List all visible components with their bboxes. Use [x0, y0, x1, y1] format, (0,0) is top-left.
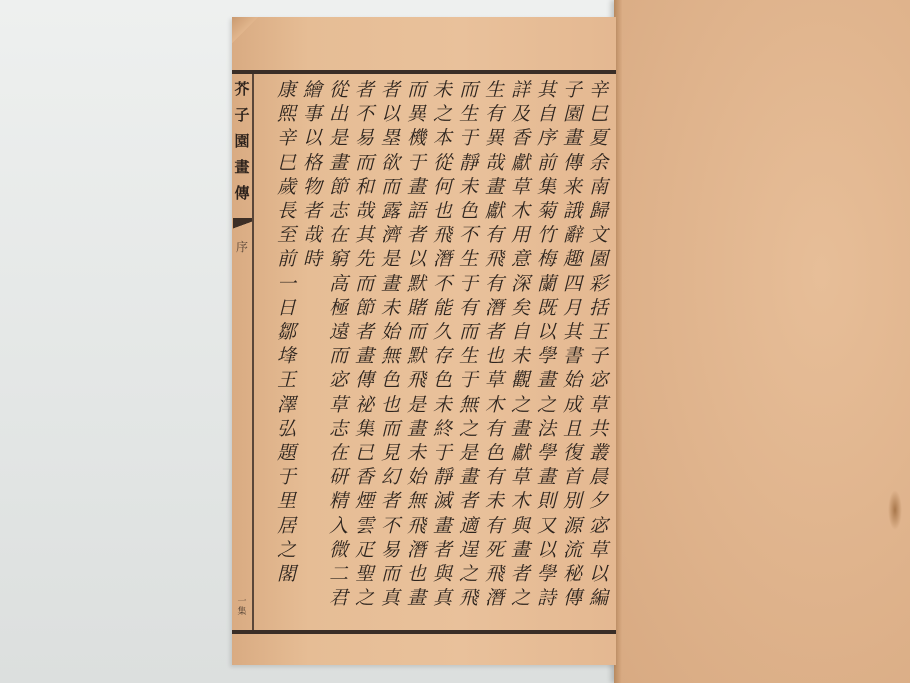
text-glyph: 夏 [589, 126, 608, 150]
text-glyph: 前 [537, 151, 556, 175]
text-glyph: 是 [407, 393, 426, 417]
margin-title-char: 子 [234, 102, 249, 128]
margin-title-char: 傳 [234, 180, 249, 206]
text-glyph: 極 [329, 296, 348, 320]
text-glyph: 和 [355, 175, 374, 199]
text-column: 而異機于畫語者以默賭而默飛是畫未始無飛潛也畫 [405, 78, 428, 626]
text-glyph: 能 [433, 296, 452, 320]
text-glyph: 畫 [329, 151, 348, 175]
text-glyph: 于 [407, 151, 426, 175]
text-glyph: 矣 [511, 296, 530, 320]
paper-stain [888, 490, 902, 530]
text-glyph: 畫 [381, 272, 400, 296]
text-glyph: 繪 [303, 78, 322, 102]
text-glyph: 歲 [277, 175, 296, 199]
text-glyph: 何 [433, 175, 452, 199]
text-glyph: 晨 [589, 465, 608, 489]
text-glyph: 以 [537, 320, 556, 344]
text-glyph: 始 [563, 368, 582, 392]
text-glyph: 飛 [407, 368, 426, 392]
text-glyph: 宓 [329, 368, 348, 392]
text-glyph: 畫 [459, 465, 478, 489]
text-glyph: 誐 [563, 199, 582, 223]
text-glyph: 木 [511, 489, 530, 513]
text-glyph: 香 [511, 126, 530, 150]
text-glyph: 集 [537, 175, 556, 199]
volume-label: 一集 [234, 597, 250, 617]
text-glyph: 辛 [589, 78, 608, 102]
text-glyph: 幻 [381, 465, 400, 489]
text-glyph: 菊 [537, 199, 556, 223]
text-glyph: 而 [355, 151, 374, 175]
text-glyph: 時 [303, 247, 322, 271]
text-glyph: 學 [537, 344, 556, 368]
text-glyph: 濟 [381, 223, 400, 247]
text-glyph: 哉 [355, 199, 374, 223]
text-glyph: 學 [537, 562, 556, 586]
text-glyph: 易 [381, 538, 400, 562]
text-glyph: 至 [277, 223, 296, 247]
text-glyph: 四 [563, 272, 582, 296]
text-glyph: 草 [485, 368, 504, 392]
text-glyph: 之 [511, 393, 530, 417]
text-glyph: 是 [329, 126, 348, 150]
frame-top-border [232, 70, 616, 74]
margin-title-char: 芥 [234, 76, 249, 102]
text-column: 而生于靜未色不生于有而生于無之是畫者適逞之飛 [457, 78, 480, 626]
text-glyph: 澤 [277, 393, 296, 417]
text-glyph: 易 [355, 126, 374, 150]
text-glyph: 之 [511, 586, 530, 610]
text-glyph: 月 [563, 296, 582, 320]
text-glyph: 而 [459, 78, 478, 102]
text-glyph: 熙 [277, 102, 296, 126]
text-glyph: 閣 [277, 562, 296, 586]
text-glyph: 遠 [329, 320, 348, 344]
text-glyph: 始 [407, 465, 426, 489]
text-glyph: 則 [537, 489, 556, 513]
text-glyph: 雲 [355, 514, 374, 538]
text-glyph: 康 [277, 78, 296, 102]
text-glyph: 畫 [355, 344, 374, 368]
text-glyph: 不 [459, 223, 478, 247]
text-glyph: 南 [589, 175, 608, 199]
text-glyph: 入 [329, 514, 348, 538]
text-glyph: 居 [277, 514, 296, 538]
text-glyph: 用 [511, 223, 530, 247]
text-glyph: 畫 [511, 417, 530, 441]
book-title-margin: 芥 子 園 畫 傳 [233, 76, 251, 216]
text-glyph: 未 [381, 296, 400, 320]
text-glyph: 先 [355, 247, 374, 271]
text-glyph: 畫 [537, 368, 556, 392]
text-glyph: 既 [537, 296, 556, 320]
text-glyph: 畫 [407, 175, 426, 199]
text-glyph: 飛 [485, 562, 504, 586]
text-glyph: 以 [381, 102, 400, 126]
margin-title-char: 園 [234, 128, 249, 154]
text-glyph: 題 [277, 441, 296, 465]
text-glyph: 與 [433, 562, 452, 586]
text-glyph: 宓 [589, 368, 608, 392]
text-glyph: 夕 [589, 489, 608, 513]
text-glyph: 觀 [511, 368, 530, 392]
page-corner-fold [232, 17, 258, 43]
text-glyph: 王 [277, 368, 296, 392]
right-page-blank [614, 0, 910, 683]
text-glyph: 其 [355, 223, 374, 247]
text-glyph: 學 [537, 441, 556, 465]
text-glyph: 生 [459, 344, 478, 368]
text-glyph: 日 [277, 296, 296, 320]
text-glyph: 畫 [537, 465, 556, 489]
text-glyph: 獻 [511, 441, 530, 465]
text-glyph: 于 [459, 368, 478, 392]
text-glyph: 事 [303, 102, 322, 126]
text-glyph: 生 [459, 102, 478, 126]
text-glyph: 之 [537, 393, 556, 417]
text-glyph: 語 [407, 199, 426, 223]
text-glyph: 有 [485, 272, 504, 296]
text-glyph: 未 [407, 441, 426, 465]
text-glyph: 從 [329, 78, 348, 102]
text-glyph: 色 [433, 368, 452, 392]
text-glyph: 長 [277, 199, 296, 223]
text-glyph: 園 [589, 247, 608, 271]
text-column: 從出是畫節志在窮高極遠而宓草志在研精入微二君 [327, 78, 350, 626]
text-glyph: 埄 [277, 344, 296, 368]
text-glyph: 潛 [485, 586, 504, 610]
text-glyph: 自 [511, 320, 530, 344]
text-glyph: 與 [511, 514, 530, 538]
text-glyph: 疋 [355, 538, 374, 562]
text-glyph: 有 [485, 223, 504, 247]
text-glyph: 流 [563, 538, 582, 562]
text-glyph: 真 [381, 586, 400, 610]
text-glyph: 異 [407, 102, 426, 126]
text-glyph: 無 [459, 393, 478, 417]
text-glyph: 未 [433, 393, 452, 417]
text-glyph: 出 [329, 102, 348, 126]
text-glyph: 節 [329, 175, 348, 199]
text-glyph: 潛 [485, 296, 504, 320]
text-column: 者不易而和哉其先而節者畫傳祕集已香煙雲疋聖之 [353, 78, 376, 626]
text-glyph: 以 [407, 247, 426, 271]
text-glyph: 有 [485, 417, 504, 441]
text-column: 康熙辛巳歲長至前一日鄒埄王澤弘題于里居之閣 [275, 78, 298, 626]
text-glyph: 又 [537, 514, 556, 538]
text-glyph: 書 [563, 344, 582, 368]
text-glyph: 趣 [563, 247, 582, 271]
text-glyph: 生 [485, 78, 504, 102]
text-glyph: 飛 [459, 586, 478, 610]
text-glyph: 鄒 [277, 320, 296, 344]
text-glyph: 而 [381, 175, 400, 199]
text-glyph: 有 [485, 102, 504, 126]
text-glyph: 研 [329, 465, 348, 489]
text-glyph: 法 [537, 417, 556, 441]
text-glyph: 本 [433, 126, 452, 150]
text-glyph: 逞 [459, 538, 478, 562]
text-glyph: 巳 [277, 151, 296, 175]
text-glyph: 木 [485, 393, 504, 417]
text-glyph: 以 [589, 562, 608, 586]
text-glyph: 草 [589, 538, 608, 562]
text-glyph: 精 [329, 489, 348, 513]
text-glyph: 蘭 [537, 272, 556, 296]
text-glyph: 哉 [485, 151, 504, 175]
text-glyph: 者 [303, 199, 322, 223]
text-glyph: 終 [433, 417, 452, 441]
text-glyph: 欲 [381, 151, 400, 175]
text-column: 繪事以格物者哉時 [301, 78, 324, 626]
text-glyph: 物 [303, 175, 322, 199]
text-glyph: 者 [355, 78, 374, 102]
text-glyph: 也 [485, 344, 504, 368]
text-glyph: 而 [459, 320, 478, 344]
text-glyph: 獻 [485, 199, 504, 223]
text-glyph: 文 [589, 223, 608, 247]
text-glyph: 潛 [433, 247, 452, 271]
text-glyph: 靜 [433, 465, 452, 489]
text-glyph: 露 [381, 199, 400, 223]
text-glyph: 王 [589, 320, 608, 344]
text-glyph: 靜 [459, 151, 478, 175]
text-glyph: 默 [407, 344, 426, 368]
text-glyph: 窮 [329, 247, 348, 271]
section-label: 序 [234, 238, 250, 255]
text-glyph: 哉 [303, 223, 322, 247]
text-glyph: 飛 [485, 247, 504, 271]
text-glyph: 存 [433, 344, 452, 368]
text-glyph: 死 [485, 538, 504, 562]
text-glyph: 巳 [589, 102, 608, 126]
text-glyph: 是 [381, 247, 400, 271]
text-glyph: 成 [563, 393, 582, 417]
text-glyph: 者 [511, 562, 530, 586]
text-glyph: 于 [433, 441, 452, 465]
text-glyph: 生 [459, 247, 478, 271]
text-glyph: 園 [563, 102, 582, 126]
text-glyph: 于 [459, 272, 478, 296]
text-glyph: 獻 [511, 151, 530, 175]
text-glyph: 香 [355, 465, 374, 489]
text-glyph: 見 [381, 441, 400, 465]
text-glyph: 畫 [563, 126, 582, 150]
text-glyph: 草 [589, 393, 608, 417]
text-glyph: 未 [485, 489, 504, 513]
text-glyph: 草 [511, 175, 530, 199]
text-glyph: 有 [485, 465, 504, 489]
text-column: 者以塁欲而露濟是畫未始無色也而見幻者不易而真 [379, 78, 402, 626]
text-glyph: 未 [433, 78, 452, 102]
text-glyph: 已 [355, 441, 374, 465]
text-glyph: 者 [355, 320, 374, 344]
text-column: 子園畫傳来誐辭趣四月其書始成且復首別源流秘傳 [561, 78, 584, 626]
text-glyph: 從 [433, 151, 452, 175]
text-glyph: 里 [277, 489, 296, 513]
text-glyph: 志 [329, 417, 348, 441]
text-glyph: 復 [563, 441, 582, 465]
text-glyph: 色 [459, 199, 478, 223]
text-glyph: 詳 [511, 78, 530, 102]
text-glyph: 辛 [277, 126, 296, 150]
text-glyph: 編 [589, 586, 608, 610]
text-glyph: 有 [485, 514, 504, 538]
text-glyph: 詩 [537, 586, 556, 610]
text-glyph: 其 [563, 320, 582, 344]
text-glyph: 歸 [589, 199, 608, 223]
text-glyph: 之 [355, 586, 374, 610]
text-glyph: 適 [459, 514, 478, 538]
text-glyph: 意 [511, 247, 530, 271]
preface-text-columns: 辛巳夏余南歸文園彩括王子宓草共叢晨夕宓草以編 子園畫傳来誐辭趣四月其書始成且復首… [270, 78, 610, 626]
text-glyph: 飛 [407, 514, 426, 538]
text-glyph: 而 [407, 320, 426, 344]
text-glyph: 前 [277, 247, 296, 271]
text-glyph: 于 [459, 126, 478, 150]
text-glyph: 始 [381, 320, 400, 344]
text-glyph: 塁 [381, 126, 400, 150]
text-glyph: 也 [407, 562, 426, 586]
text-glyph: 于 [277, 465, 296, 489]
text-glyph: 自 [537, 102, 556, 126]
text-glyph: 弘 [277, 417, 296, 441]
text-glyph: 序 [537, 126, 556, 150]
text-glyph: 君 [329, 586, 348, 610]
text-glyph: 畫 [433, 514, 452, 538]
text-glyph: 無 [407, 489, 426, 513]
text-glyph: 畫 [407, 586, 426, 610]
text-glyph: 者 [433, 538, 452, 562]
text-glyph: 子 [589, 344, 608, 368]
text-glyph: 傳 [563, 151, 582, 175]
text-glyph: 梅 [537, 247, 556, 271]
text-glyph: 深 [511, 272, 530, 296]
text-glyph: 飛 [433, 223, 452, 247]
text-glyph: 無 [381, 344, 400, 368]
text-glyph: 真 [433, 586, 452, 610]
text-glyph: 且 [563, 417, 582, 441]
text-glyph: 機 [407, 126, 426, 150]
text-glyph: 畫 [407, 417, 426, 441]
text-glyph: 子 [563, 78, 582, 102]
text-glyph: 首 [563, 465, 582, 489]
text-glyph: 久 [433, 320, 452, 344]
text-glyph: 以 [537, 538, 556, 562]
text-glyph: 者 [381, 78, 400, 102]
text-glyph: 之 [277, 538, 296, 562]
text-glyph: 格 [303, 151, 322, 175]
text-column: 生有異哉畫獻有飛有潛者也草木有色有未有死飛潛 [483, 78, 506, 626]
text-glyph: 不 [381, 514, 400, 538]
text-glyph: 微 [329, 538, 348, 562]
text-glyph: 之 [459, 562, 478, 586]
text-glyph: 而 [329, 344, 348, 368]
text-glyph: 也 [433, 199, 452, 223]
text-glyph: 叢 [589, 441, 608, 465]
text-glyph: 之 [459, 417, 478, 441]
text-glyph: 是 [459, 441, 478, 465]
text-glyph: 聖 [355, 562, 374, 586]
text-glyph: 未 [459, 175, 478, 199]
text-glyph: 草 [329, 393, 348, 417]
text-glyph: 者 [381, 489, 400, 513]
text-glyph: 滅 [433, 489, 452, 513]
text-glyph: 煙 [355, 489, 374, 513]
text-glyph: 来 [563, 175, 582, 199]
text-glyph: 畫 [511, 538, 530, 562]
text-glyph: 者 [459, 489, 478, 513]
text-glyph: 及 [511, 102, 530, 126]
text-glyph: 默 [407, 272, 426, 296]
margin-title-char: 畫 [234, 154, 249, 180]
text-glyph: 有 [459, 296, 478, 320]
text-glyph: 志 [329, 199, 348, 223]
text-glyph: 色 [485, 441, 504, 465]
text-glyph: 在 [329, 223, 348, 247]
text-glyph: 畫 [485, 175, 504, 199]
text-glyph: 以 [303, 126, 322, 150]
text-glyph: 之 [433, 102, 452, 126]
text-glyph: 而 [381, 417, 400, 441]
text-glyph: 辭 [563, 223, 582, 247]
text-column: 詳及香獻草木用意深矣自未觀之畫獻草木與畫者之 [509, 78, 532, 626]
text-glyph: 集 [355, 417, 374, 441]
text-glyph: 高 [329, 272, 348, 296]
text-glyph: 傳 [563, 586, 582, 610]
text-glyph: 共 [589, 417, 608, 441]
text-column: 未之本從何也飛潛不能久存色未終于靜滅畫者與真 [431, 78, 454, 626]
text-glyph: 也 [381, 393, 400, 417]
text-glyph: 彩 [589, 272, 608, 296]
text-glyph: 傳 [355, 368, 374, 392]
text-glyph: 色 [381, 368, 400, 392]
text-glyph: 草 [511, 465, 530, 489]
text-glyph: 節 [355, 296, 374, 320]
text-column: 其自序前集菊竹梅蘭既以學畫之法學畫則又以學詩 [535, 78, 558, 626]
text-glyph: 木 [511, 199, 530, 223]
text-glyph: 者 [407, 223, 426, 247]
text-glyph: 而 [355, 272, 374, 296]
text-glyph: 異 [485, 126, 504, 150]
text-glyph: 源 [563, 514, 582, 538]
text-glyph: 括 [589, 296, 608, 320]
text-glyph: 不 [433, 272, 452, 296]
margin-rule-line [252, 74, 254, 630]
text-glyph: 二 [329, 562, 348, 586]
text-glyph: 不 [355, 102, 374, 126]
text-glyph: 者 [485, 320, 504, 344]
text-glyph: 別 [563, 489, 582, 513]
text-glyph: 而 [381, 562, 400, 586]
fishtail-mark-icon [233, 218, 252, 230]
text-glyph: 祕 [355, 393, 374, 417]
frame-bottom-border [232, 630, 616, 634]
text-glyph: 賭 [407, 296, 426, 320]
text-glyph: 未 [511, 344, 530, 368]
text-glyph: 在 [329, 441, 348, 465]
text-glyph: 宓 [589, 514, 608, 538]
text-glyph: 秘 [563, 562, 582, 586]
text-glyph: 一 [277, 272, 296, 296]
text-glyph: 其 [537, 78, 556, 102]
text-glyph: 而 [407, 78, 426, 102]
text-glyph: 潛 [407, 538, 426, 562]
text-glyph: 竹 [537, 223, 556, 247]
text-column: 辛巳夏余南歸文園彩括王子宓草共叢晨夕宓草以編 [587, 78, 610, 626]
text-glyph: 余 [589, 151, 608, 175]
